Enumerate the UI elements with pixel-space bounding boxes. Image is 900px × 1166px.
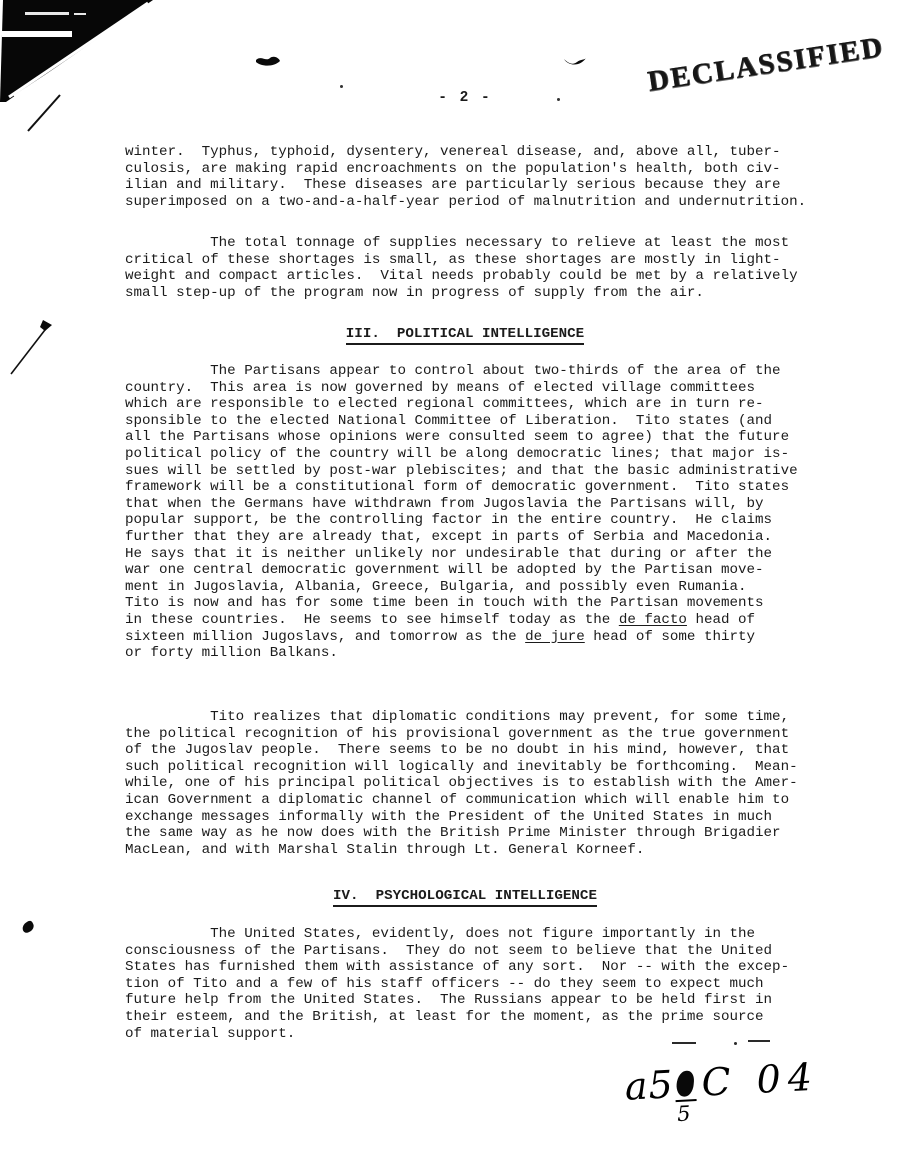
declassified-stamp: DECLASSIFIED bbox=[646, 31, 887, 99]
paragraph-partisans-text-a: The Partisans appear to control about tw… bbox=[125, 363, 798, 628]
de-jure-underlined: de jure bbox=[525, 629, 585, 645]
pen-dash bbox=[748, 1040, 770, 1042]
scan-speck bbox=[340, 85, 343, 88]
de-facto-underlined: de facto bbox=[619, 612, 687, 628]
handwritten-scribble: 5 bbox=[674, 1068, 698, 1103]
margin-ink-blob bbox=[20, 920, 35, 934]
scribble-blob-icon bbox=[675, 1070, 694, 1097]
paragraph-tonnage: The total tonnage of supplies necessary … bbox=[125, 235, 815, 301]
handwritten-note-prefix: a5 bbox=[624, 1062, 675, 1108]
pen-dot bbox=[734, 1042, 737, 1045]
section-heading-political: III. POLITICAL INTELLIGENCE bbox=[125, 326, 805, 343]
document-page: - 2 - DECLASSIFIED winter. Typhus, typho… bbox=[0, 0, 900, 1166]
handwritten-note-suffix: C 04 bbox=[700, 1055, 820, 1105]
section-heading-political-label: III. POLITICAL INTELLIGENCE bbox=[346, 326, 584, 345]
ink-smudge-right bbox=[563, 56, 587, 69]
paragraph-tito-realizes: Tito realizes that diplomatic conditions… bbox=[125, 709, 815, 858]
section-heading-psychological: IV. PSYCHOLOGICAL INTELLIGENCE bbox=[125, 888, 805, 905]
paragraph-united-states: The United States, evidently, does not f… bbox=[125, 926, 815, 1042]
pen-dash bbox=[672, 1042, 696, 1044]
paragraph-diseases: winter. Typhus, typhoid, dysentery, vene… bbox=[125, 144, 815, 210]
margin-pen-mark bbox=[6, 318, 56, 380]
paragraph-partisans: The Partisans appear to control about tw… bbox=[125, 363, 815, 662]
handwritten-note: a5 5 C 04 bbox=[624, 1056, 848, 1157]
ink-smudge-left bbox=[255, 55, 281, 70]
section-heading-psychological-label: IV. PSYCHOLOGICAL INTELLIGENCE bbox=[333, 888, 597, 907]
handwritten-note-correction: 5 bbox=[677, 1101, 692, 1126]
page-number: - 2 - bbox=[125, 90, 805, 106]
corner-fold-artifact bbox=[0, 0, 175, 145]
